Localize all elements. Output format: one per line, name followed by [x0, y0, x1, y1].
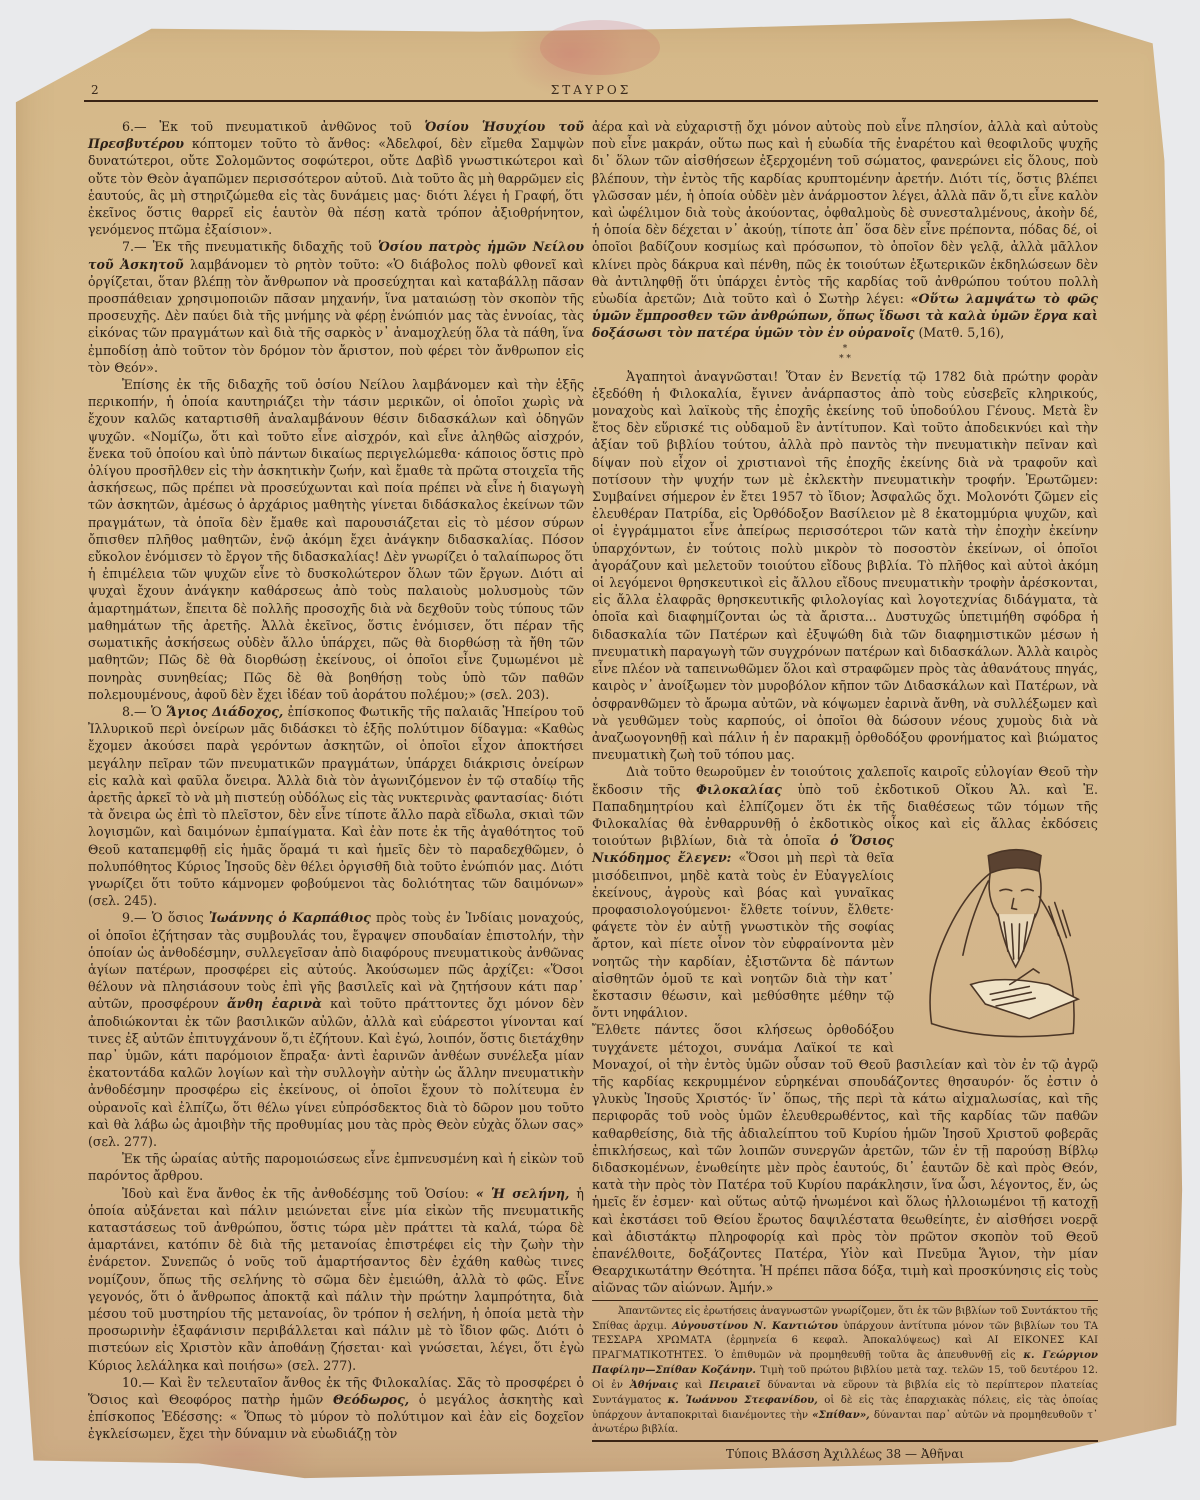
- paragraph-6: 6.— Ἐκ τοῦ πνευματικοῦ ἀνθῶνος τοῦ Ὁσίου…: [88, 118, 584, 238]
- paragraph-10: 10.— Καὶ ἓν τελευταῖον ἄνθος ἐκ τῆς Φιλο…: [88, 1374, 584, 1443]
- right-column: ἀέρα καὶ νὰ εὐχαριστῇ ὄχι μόνον αὐτοὺς π…: [592, 118, 1098, 1463]
- paragraph-9: 9.— Ὁ ὅσιος Ἰωάννης ὁ Καρπάθιος πρὸς τοὺ…: [88, 909, 584, 1150]
- left-column: 6.— Ἐκ τοῦ πνευματικοῦ ἀνθῶνος τοῦ Ὁσίου…: [88, 118, 584, 1443]
- saint-portrait-illustration: [902, 838, 1098, 1048]
- page-header: 2 ΣΤΑΥΡΟΣ: [85, 83, 1097, 99]
- philokalia-paragraph: Διὰ τοῦτο θεωροῦμεν ἐν τοιούτοις χαλεποῖ…: [592, 763, 1098, 1021]
- author-name: Ἅγιος Διάδοχος,: [166, 704, 283, 719]
- header-rule: [84, 100, 1098, 102]
- paragraph-9c: Ἰδοὺ καὶ ἕνα ἄνθος ἐκ τῆς ἀνθοδέσμης τοῦ…: [88, 1185, 584, 1374]
- paragraph-7: 7.— Ἐκ τῆς πνευματικῆς διδαχῆς τοῦ Ὁσίου…: [88, 238, 584, 376]
- publication-title: ΣΤΑΥΡΟΣ: [85, 83, 1097, 97]
- printer-rule: [592, 1440, 1098, 1442]
- paragraph-7b: Ἐπίσης ἐκ τῆς διδαχῆς τοῦ ὁσίου Νείλου λ…: [88, 376, 584, 703]
- emphasis: « Ἡ σελήνη,: [476, 1186, 570, 1201]
- author-name: Θεόδωρος,: [333, 1392, 409, 1407]
- author-name: Ἰωάννης ὁ Καρπάθιος: [209, 910, 371, 925]
- emphasis: Φιλοκαλίας: [696, 782, 782, 797]
- announcement-note: Ἀπαντῶντες εἰς ἐρωτήσεις ἀναγνωστῶν γνωρ…: [592, 1305, 1098, 1437]
- paragraph-8: 8.— Ὁ Ἅγιος Διάδοχος, ἐπίσκοπος Φωτικῆς …: [88, 703, 584, 909]
- readers-paragraph: Ἀγαπητοὶ ἀναγνῶσται! Ὅταν ἐν Βενετίᾳ τῷ …: [592, 368, 1098, 764]
- footnote-rule: [592, 1300, 1098, 1302]
- continued-paragraph: ἀέρα καὶ νὰ εὐχαριστῇ ὄχι μόνον αὐτοὺς π…: [592, 118, 1098, 342]
- emphasis: ἄνθη ἐαρινὰ: [227, 996, 322, 1011]
- invitation-paragraph: Ἔλθετε πάντες ὅσοι κλήσεως ὀρθοδόξου τυγ…: [592, 1021, 1098, 1296]
- section-separator: ** *: [592, 344, 1098, 364]
- printer-imprint: Τύποις Βλάσση Ἀχιλλέως 38 — Ἀθῆναι: [592, 1446, 1098, 1463]
- paragraph-9b: Ἐκ τῆς ὡραίας αὐτῆς παρομοιώσεως εἶνε ἐμ…: [88, 1150, 584, 1184]
